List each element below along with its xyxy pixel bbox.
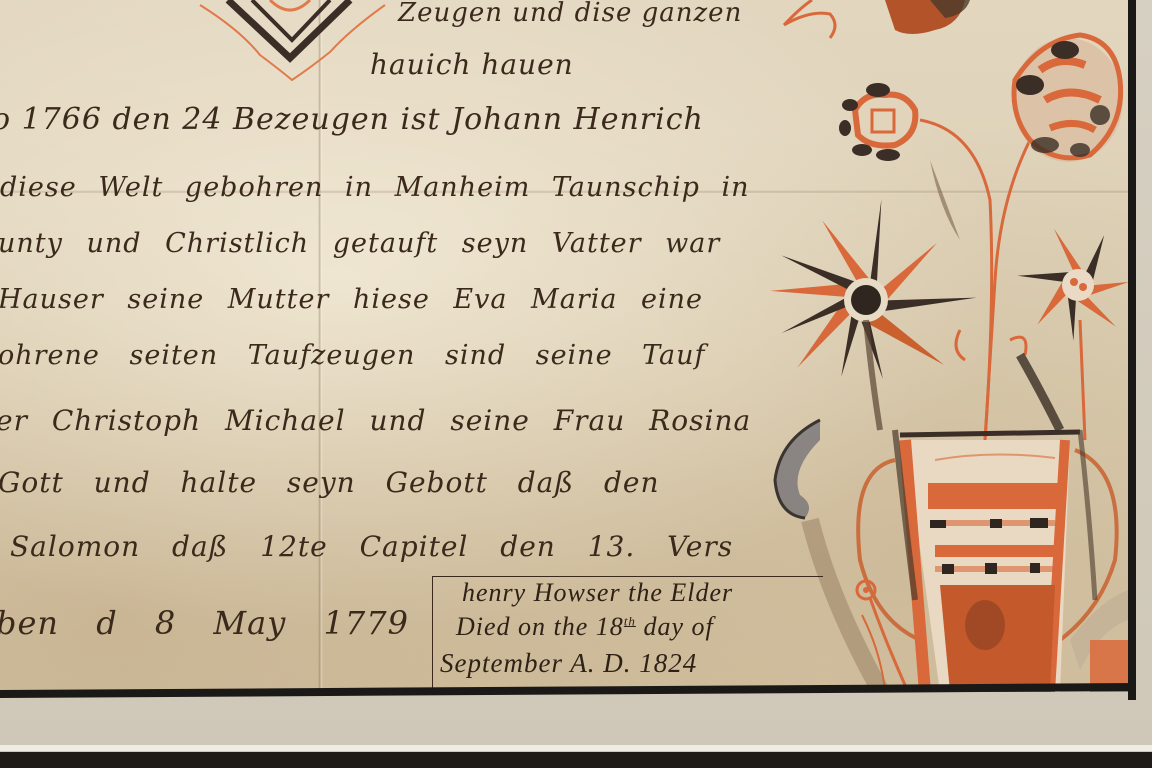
text-line-6: Hauser seine Mutter hiese Eva Maria eine [0, 284, 703, 315]
carnation-flower-icon [1013, 35, 1123, 162]
text-line-8: er Christoph Michael und seine Frau Rosi… [0, 404, 751, 437]
small-star-flower-icon [1018, 224, 1128, 341]
fraktur-document: Zeugen und dise ganzen hauich hauen o 17… [0, 0, 1128, 692]
mat-edge [0, 745, 1152, 751]
sprig-icon [784, 0, 835, 38]
death-annotation-ordinal: th [624, 613, 636, 628]
death-annotation-line-1: henry Howser the Elder [462, 578, 733, 608]
text-line-1: Zeugen und dise ganzen [398, 0, 742, 28]
text-line-2: hauich hauen [370, 48, 574, 81]
death-annotation-line-2-suffix: day of [643, 612, 713, 641]
text-line-3: o 1766 den 24 Bezeugen ist Johann Henric… [0, 102, 704, 137]
text-line-9: Gott und halte seyn Gebott daß den [0, 466, 660, 499]
text-line-10: Salomon daß 12te Capitel den 13. Vers [10, 530, 733, 563]
text-line-4: diese Welt gebohren in Manheim Taunschip… [0, 172, 750, 203]
scroll-leaf-icon [775, 420, 820, 518]
heart-motif-icon [200, 0, 385, 80]
death-annotation-line-2: Died on the 18th day of [456, 612, 714, 642]
death-annotation-line-2-prefix: Died on the 18 [456, 612, 624, 641]
tulip-flower-icon [839, 83, 915, 161]
death-annotation-line-3: September A. D. 1824 [440, 648, 697, 679]
text-line-7: ohrene seiten Taufzeugen sind seine Tauf [0, 340, 706, 371]
text-line-11: ben d 8 May 1779 [0, 604, 409, 642]
frame-liner-right [1128, 0, 1136, 700]
text-line-5: unty und Christlich getauft seyn Vatter … [0, 228, 720, 259]
star-flower-icon [770, 199, 977, 388]
